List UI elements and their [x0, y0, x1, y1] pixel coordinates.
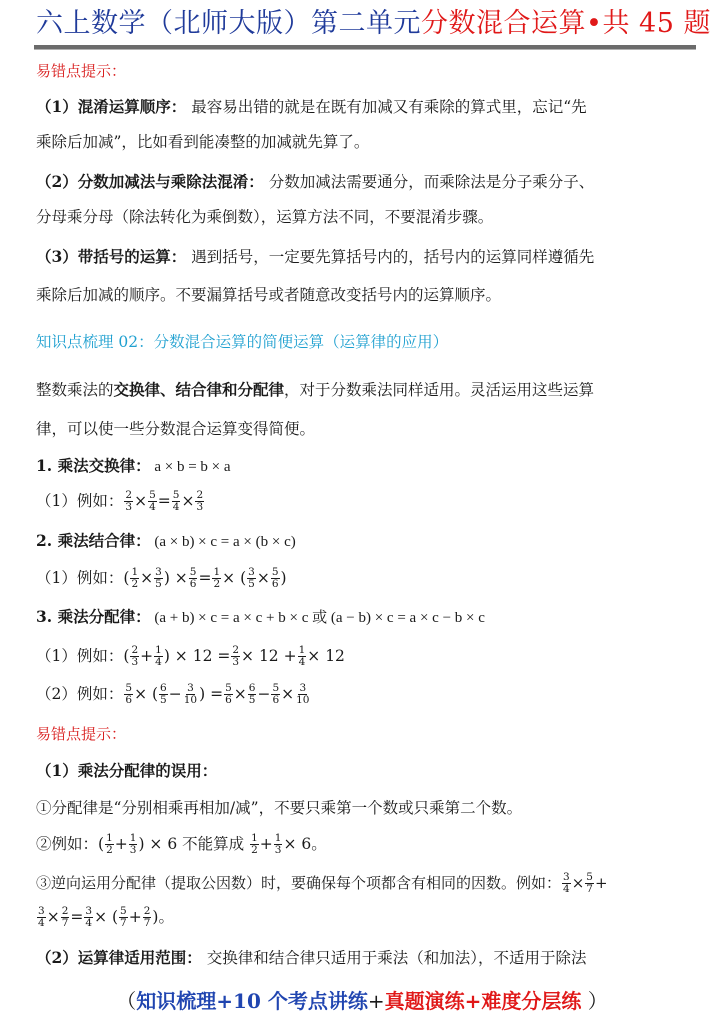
- fraction: 23: [124, 490, 133, 513]
- title-red: 分数混合运算: [421, 8, 586, 39]
- tip-1-line-2: 乘除后加减”，比如看到能凑整的加减就先算了。: [36, 131, 369, 153]
- footer-banner: （知识梳理+10 个考点讲练+真题演练+难度分层练 ）: [0, 985, 724, 1014]
- tip-3-line-1: （3）带括号的运算： 遇到括号，一定要先算括号内的，括号内的运算同样遵循先: [36, 246, 594, 268]
- example-prefix: （1）例如：: [36, 569, 123, 587]
- law-associative: 2. 乘法结合律： (a × b) × c = a × (b × c): [36, 530, 296, 553]
- example-associative: （1）例如：(12×35) ×56=12× (35×56): [36, 567, 287, 591]
- tip2-sub-1-label: （1）乘法分配律的误用：: [36, 761, 217, 780]
- tip2-circle-2-mid: 不能算成: [177, 835, 249, 853]
- tip2-circle-3: ③逆向运用分配律（提取公因数）时，要确保每个项都含有相同的因数。例如：34×57…: [36, 872, 608, 896]
- intro-bold-laws: 交换律、结合律和分配律: [114, 380, 285, 399]
- tip-3-text-1: 遇到括号，一定要先算括号内的，括号内的运算同样遵循先: [186, 248, 594, 266]
- tip-2-line-1: （2）分数加减法与乘除法混淆： 分数加减法需要通分，而乘除法是分子乘分子、: [36, 171, 594, 193]
- law-formula: a × b = b × a: [151, 459, 231, 475]
- intro-line-2: 律，可以使一些分数混合运算变得简便。: [36, 418, 315, 440]
- tip-1-line-1: （1）混淆运算顺序： 最容易出错的就是在既有加减又有乘除的算式里，忘记“先: [36, 96, 587, 118]
- example-commutative: （1）例如：23×54=54×23: [36, 490, 205, 514]
- example-prefix: （1）例如：: [36, 647, 123, 665]
- title-separator: •: [586, 8, 602, 39]
- law-label: 2. 乘法结合律：: [36, 531, 151, 550]
- tip-2-text-1: 分数加减法需要通分，而乘除法是分子乘分子、: [264, 173, 594, 191]
- tip-1-text-1: 最容易出错的就是在既有加减又有乘除的算式里，忘记“先: [186, 98, 586, 116]
- intro-text-a: 整数乘法的: [36, 381, 114, 399]
- tip2-sub-2: （2）运算律适用范围： 交换律和结合律只适用于乘法（和加法），不适用于除法: [36, 947, 586, 969]
- tips-heading-2: 易错点提示：: [36, 723, 126, 745]
- law-label: 3. 乘法分配律：: [36, 607, 151, 626]
- example-prefix: ②例如：: [36, 835, 98, 853]
- footer-red-text: 真题演练+难度分层练: [385, 989, 582, 1013]
- title-count: 共 45 题: [602, 8, 711, 39]
- footer-open-paren: （: [116, 989, 136, 1013]
- tip-2-line-2: 分母乘分母（除法转化为乘倒数），运算方法不同，不要混淆步骤。: [36, 206, 493, 228]
- tip2-circle-1: ①分配律是“分别相乘再相加/减”，不要只乘第一个数或只乘第二个数。: [36, 797, 522, 819]
- tip-1-label: （1）混淆运算顺序：: [36, 97, 186, 116]
- section-heading: 知识点梳理 02：分数混合运算的简便运算（运算律的应用）: [36, 331, 448, 353]
- tips-heading-1: 易错点提示：: [36, 60, 126, 82]
- intro-line-1: 整数乘法的交换律、结合律和分配律，对于分数乘法同样适用。灵活运用这些运算: [36, 379, 594, 401]
- document-page: 六上数学（北师大版）第二单元分数混合运算•共 45 题 易错点提示： （1）混淆…: [0, 0, 724, 1024]
- footer-close-paren: ）: [581, 989, 607, 1013]
- example-prefix: （2）例如：: [36, 685, 123, 703]
- fraction: 54: [148, 490, 157, 513]
- example-distributive-1: （1）例如：(23+14) × 12 =23× 12 +14× 12: [36, 645, 345, 669]
- tip2-sub-2-label: （2）运算律适用范围：: [36, 948, 202, 967]
- law-commutative: 1. 乘法交换律： a × b = b × a: [36, 455, 231, 478]
- tip2-circle-2: ②例如：(12+13) × 6 不能算成 12+13× 6。: [36, 833, 327, 857]
- law-formula: (a + b) × c = a × c + b × c 或 (a − b) × …: [151, 610, 485, 626]
- page-title: 六上数学（北师大版）第二单元分数混合运算•共 45 题: [36, 6, 711, 42]
- tip-2-label: （2）分数加减法与乘除法混淆：: [36, 172, 264, 191]
- example-prefix: （1）例如：: [36, 492, 123, 510]
- tip-3-line-2: 乘除后加减的顺序。不要漏算括号或者随意改变括号内的运算顺序。: [36, 284, 501, 306]
- footer-blue-text: 知识梳理+10 个考点讲练: [136, 989, 368, 1013]
- tip2-sub-1: （1）乘法分配律的误用：: [36, 760, 217, 782]
- title-blue: 六上数学（北师大版）第二单元: [36, 8, 421, 39]
- tip2-circle-3-text: ③逆向运用分配律（提取公因数）时，要确保每个项都含有相同的因数。例如：: [36, 874, 561, 892]
- law-formula: (a × b) × c = a × (b × c): [151, 534, 296, 550]
- example-distributive-2: （2）例如：56× (65−310) =56×65−56×310: [36, 683, 312, 707]
- title-divider: [34, 45, 696, 50]
- fraction: 23: [195, 490, 204, 513]
- footer-plus: +: [368, 989, 385, 1013]
- fraction: 54: [172, 490, 181, 513]
- tip-3-label: （3）带括号的运算：: [36, 247, 186, 266]
- law-label: 1. 乘法交换律：: [36, 456, 151, 475]
- tip2-sub-2-text: 交换律和结合律只适用于乘法（和加法），不适用于除法: [202, 949, 587, 967]
- tip2-circle-3-cont: 34×27=34× (57+27)。: [36, 906, 174, 930]
- law-distributive: 3. 乘法分配律： (a + b) × c = a × c + b × c 或 …: [36, 606, 485, 629]
- intro-text-c: ，对于分数乘法同样适用。灵活运用这些运算: [284, 381, 594, 399]
